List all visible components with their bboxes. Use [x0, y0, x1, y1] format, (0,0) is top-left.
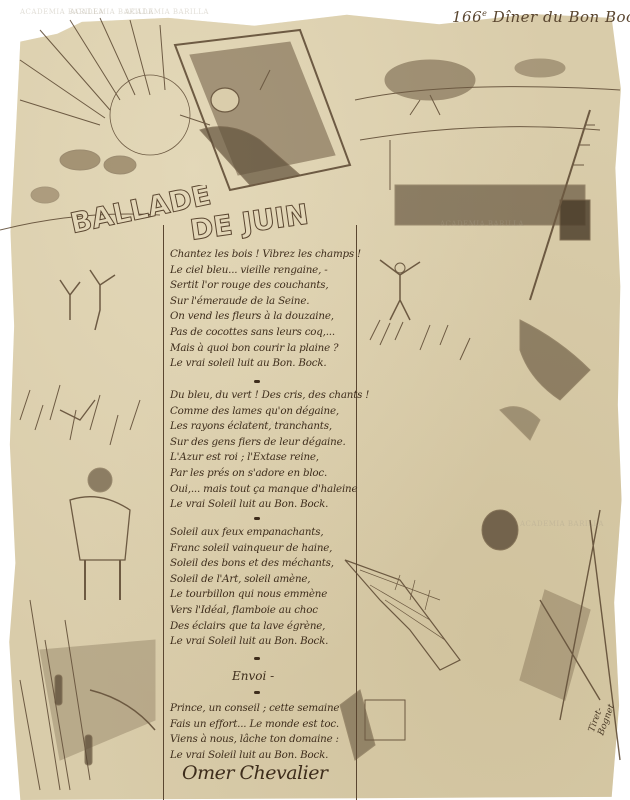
stanza-2: Du bleu, du vert ! Des cris, des chants …	[170, 388, 360, 513]
author-signature: Omer Chevalier	[182, 762, 328, 784]
sun-rays-icon	[20, 18, 190, 155]
poem-line: Le ciel bleu... vieille rengaine, -	[170, 263, 360, 279]
stanza-3: Soleil aux feux empanachants, Franc sole…	[170, 525, 360, 650]
poem-line: Le vrai Soleil luit au Bon. Bock.	[170, 497, 360, 513]
train-sketch	[390, 140, 590, 240]
envoi-title: Envoi -	[232, 669, 274, 683]
poem-line: Pas de cocottes sans leurs coq,...	[170, 325, 360, 341]
painting-frame-sketch	[175, 30, 350, 190]
poem-line: Comme des lames qu'on dégaine,	[170, 404, 360, 420]
poem-line: Soleil des bons et des méchants,	[170, 556, 360, 572]
dinner-number: 166	[452, 8, 482, 26]
poem-line: Prince, un conseil ; cette semaine	[170, 701, 360, 717]
stanza-separator	[254, 657, 260, 660]
poem-line: Par les prés on s'adore en bloc.	[170, 466, 360, 482]
painter-at-easel-sketch	[345, 510, 620, 760]
poem-line: Franc soleil vainqueur de haine,	[170, 541, 360, 557]
poem-line: Sur l'émeraude de la Seine.	[170, 294, 360, 310]
poem-line: Oui,... mais tout ça manque d'haleine	[170, 482, 360, 498]
stanza-separator	[254, 517, 260, 520]
poem-line: Soleil de l'Art, soleil amène,	[170, 572, 360, 588]
poem-line: Du bleu, du vert ! Des cris, des chants …	[170, 388, 360, 404]
digging-man-sketch	[60, 400, 130, 600]
poem-line: Le vrai soleil luit au Bon. Bock.	[170, 356, 360, 372]
poem-line: Le vrai Soleil luit au Bon. Bock.	[170, 634, 360, 650]
poem-line: Mais à quoi bon courir la plaine ?	[170, 341, 360, 357]
poem-line: Soleil aux feux empanachants,	[170, 525, 360, 541]
poem-line: Vers l'Idéal, flamboie au choc	[170, 603, 360, 619]
poem-line: Viens à nous, lâche ton domaine :	[170, 732, 360, 748]
poem-line: Le tourbillon qui nous emmène	[170, 587, 360, 603]
poem-line: Sertit l'or rouge des couchants,	[170, 278, 360, 294]
poem-line: Chantez les bois ! Vibrez les champs !	[170, 247, 360, 263]
boat-reeds-sketch	[20, 600, 155, 790]
header-title: 166e Dîner du Bon Bock	[452, 8, 630, 26]
poem-line: Fais un effort... Le monde est toc.	[170, 717, 360, 733]
poem-line: L'Azur est roi ; l'Extase reine,	[170, 450, 360, 466]
poem-line: Des éclairs que ta lave égrène,	[170, 619, 360, 635]
ordinal-suffix: e	[482, 9, 487, 18]
poem-line: Sur des gens fiers de leur dégaine.	[170, 435, 360, 451]
stanza-1: Chantez les bois ! Vibrez les champs ! L…	[170, 247, 360, 372]
envoi-stanza: Prince, un conseil ; cette semaine Fais …	[170, 701, 360, 763]
poem-line: Les rayons éclatent, tranchants,	[170, 419, 360, 435]
dinner-name: Dîner du Bon Bock	[493, 8, 630, 26]
poem-line: On vend les fleurs à la douzaine,	[170, 309, 360, 325]
stanza-separator	[254, 691, 260, 694]
stanza-separator	[254, 380, 260, 383]
poem-column: Chantez les bois ! Vibrez les champs ! L…	[163, 225, 357, 800]
